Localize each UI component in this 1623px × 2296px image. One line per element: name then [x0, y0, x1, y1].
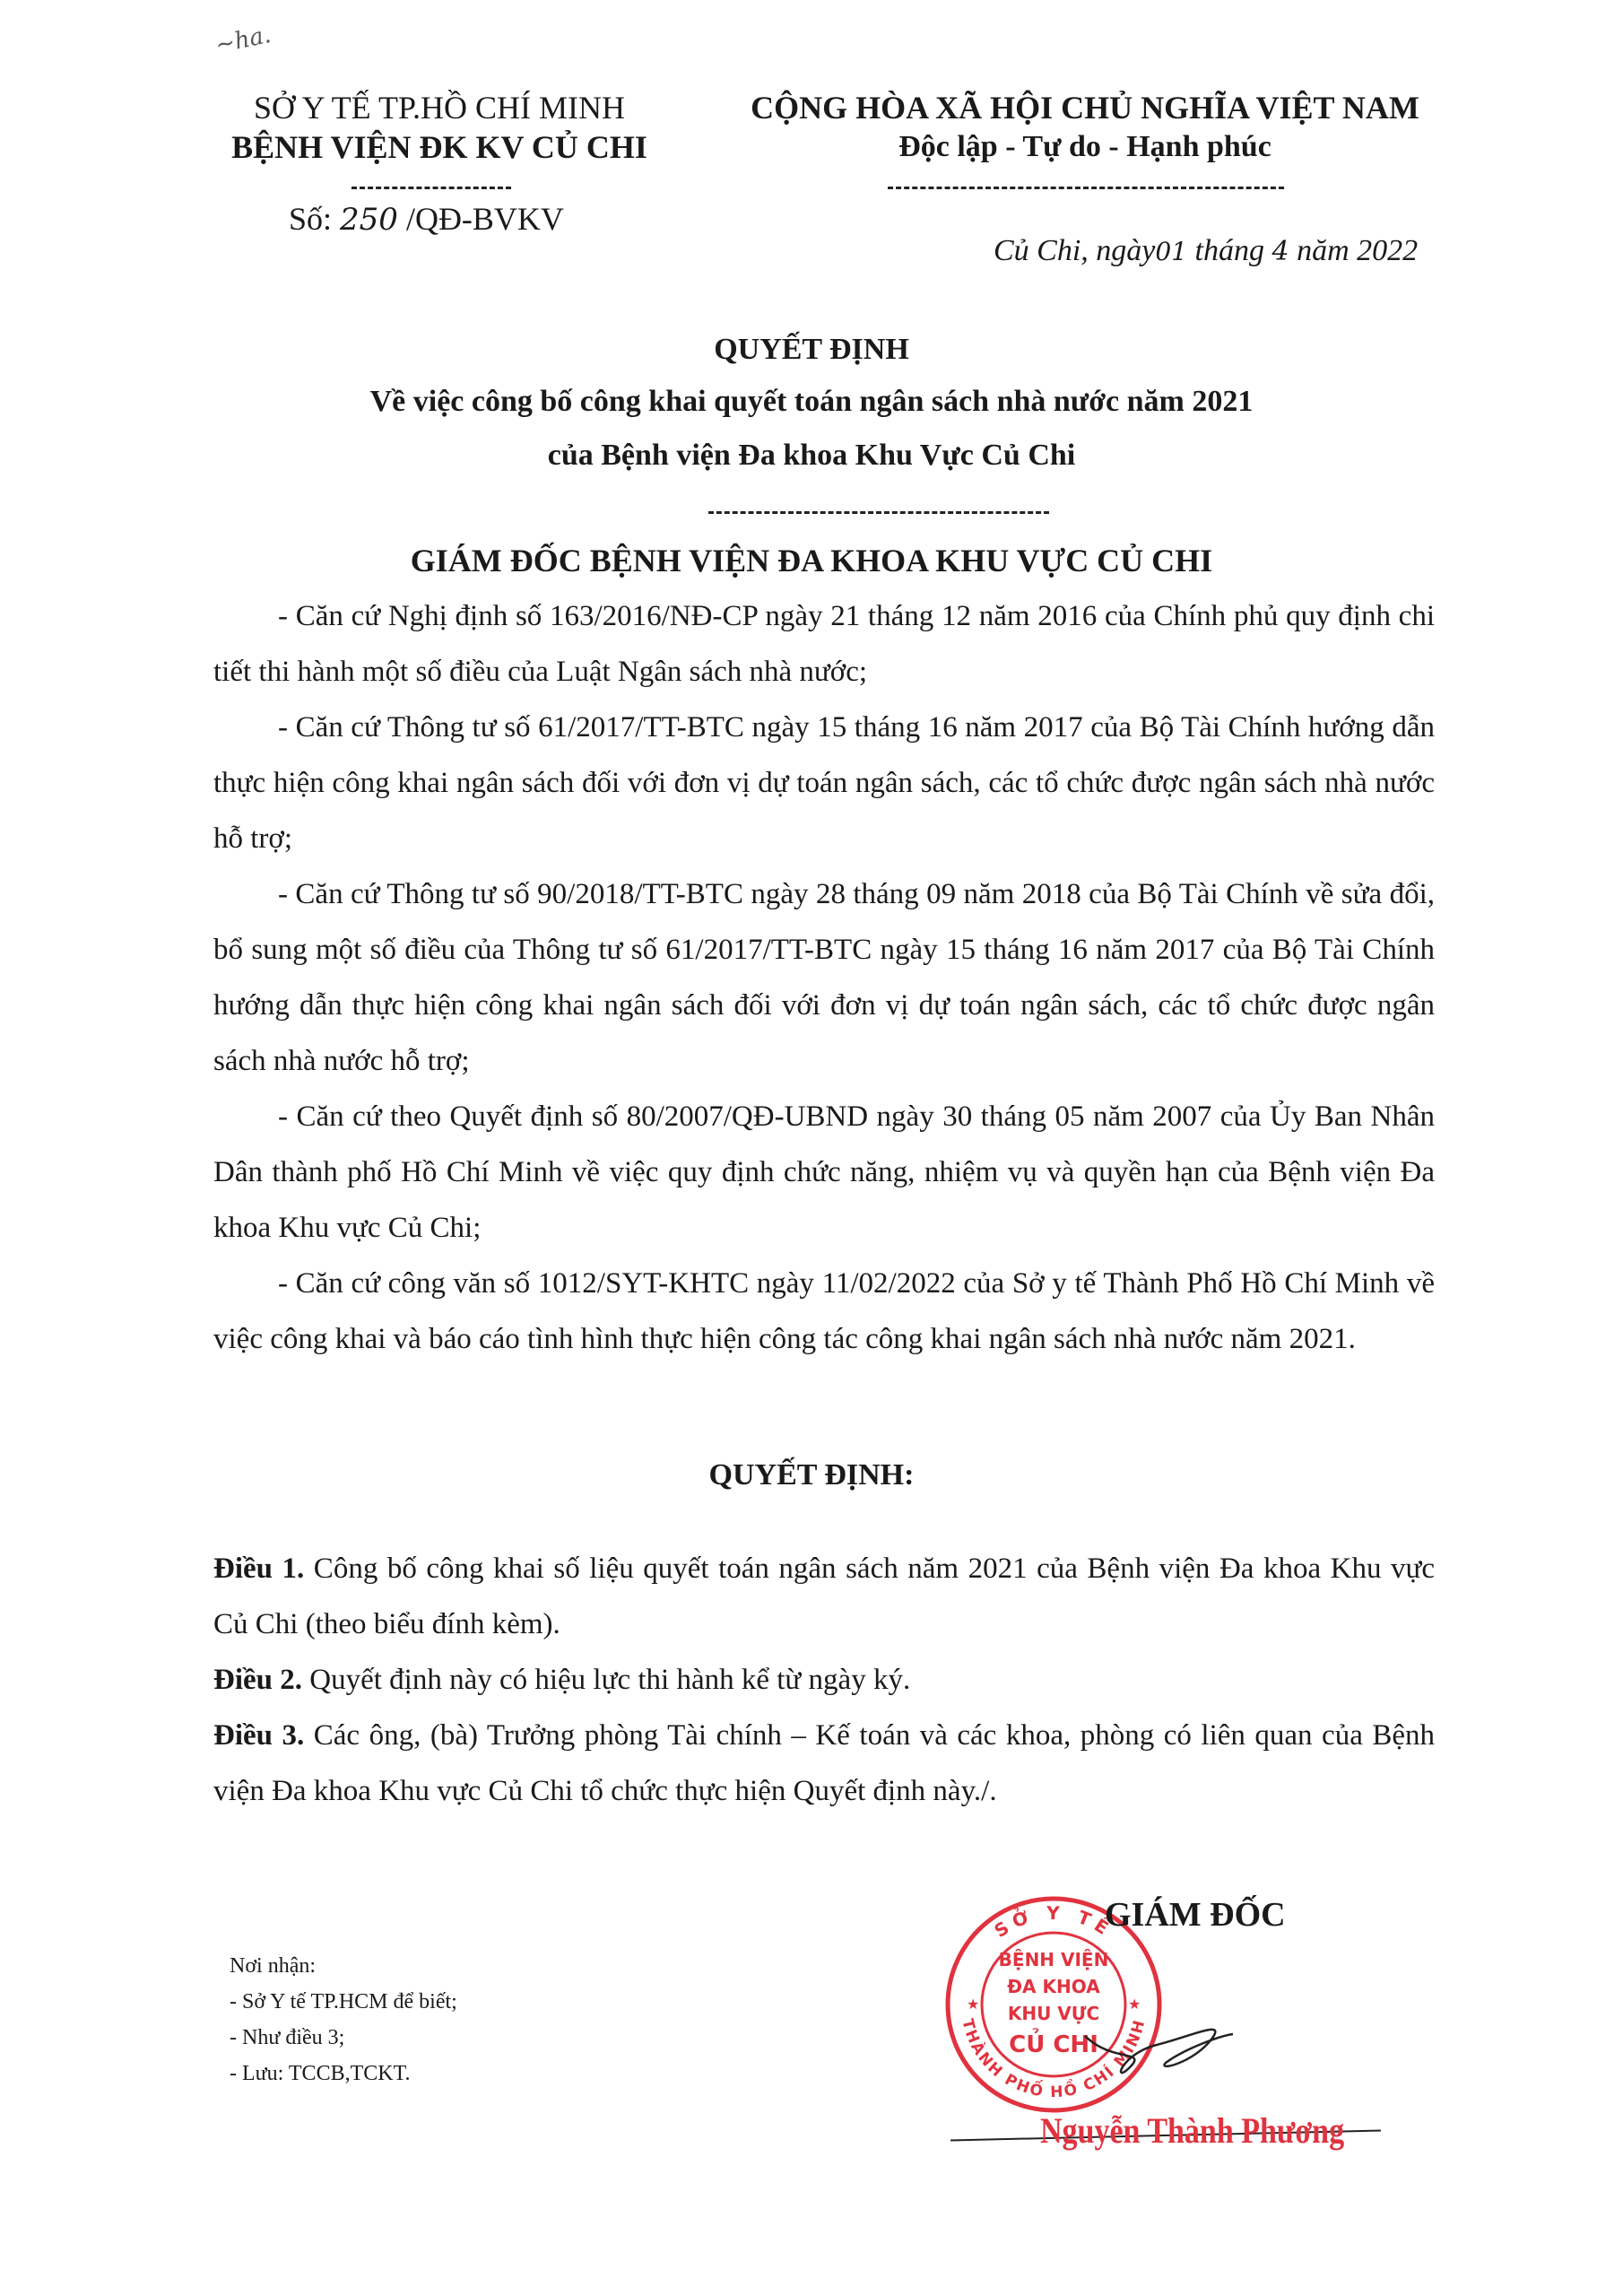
national-motto: Độc lập - Tự do - Hạnh phúc: [735, 127, 1435, 167]
legal-basis-item: - Căn cứ Nghị định số 163/2016/NĐ-CP ngà…: [213, 588, 1435, 700]
document-type-title: QUYẾT ĐỊNH: [0, 330, 1623, 370]
doc-number-prefix: Số:: [289, 201, 332, 237]
issue-date: Củ Chi, ngày01 tháng 4 năm 2022: [994, 231, 1418, 272]
authority-heading: GIÁM ĐỐC BỆNH VIỆN ĐA KHOA KHU VỰC CỦ CH…: [0, 538, 1623, 583]
article-label: Điều 2.: [213, 1664, 302, 1696]
legal-bases: - Căn cứ Nghị định số 163/2016/NĐ-CP ngà…: [213, 588, 1435, 1367]
article-text: Công bố công khai số liệu quyết toán ngâ…: [213, 1552, 1435, 1640]
recipient-item: - Như điều 3;: [230, 2020, 457, 2056]
recipients-title: Nơi nhận:: [230, 1948, 457, 1984]
date-month-label: tháng: [1195, 234, 1264, 267]
article-2: Điều 2. Quyết định này có hiệu lực thi h…: [213, 1652, 1435, 1708]
subject-line-1: Về việc công bố công khai quyết toán ngâ…: [0, 375, 1623, 429]
article-text: Quyết định này có hiệu lực thi hành kể t…: [302, 1664, 910, 1696]
signature-title: GIÁM ĐỐC: [1105, 1892, 1286, 1937]
hospital-name: BỆNH VIỆN ĐK KV CỦ CHI: [206, 127, 673, 167]
handwritten-signature-icon: [1076, 2000, 1246, 2099]
article-label: Điều 3.: [213, 1719, 304, 1752]
legal-basis-item: - Căn cứ công văn số 1012/SYT-KHTC ngày …: [213, 1256, 1435, 1367]
legal-basis-item: - Căn cứ theo Quyết định số 80/2007/QĐ-U…: [213, 1089, 1435, 1256]
parent-agency: SỞ Y TẾ TP.HỒ CHÍ MINH: [206, 88, 673, 127]
margin-scribble: ~ha.: [213, 22, 273, 59]
svg-text:ĐA KHOA: ĐA KHOA: [1007, 1976, 1100, 1997]
document-number: Số: 250 /QĐ-BVKV: [289, 199, 665, 239]
doc-number-suffix: /QĐ-BVKV: [406, 201, 564, 237]
svg-text:★: ★: [967, 1997, 979, 2013]
article-1: Điều 1. Công bố công khai số liệu quyết …: [213, 1541, 1435, 1652]
articles: Điều 1. Công bố công khai số liệu quyết …: [213, 1541, 1435, 1819]
date-day: 01: [1155, 237, 1187, 266]
legal-basis-item: - Căn cứ Thông tư số 90/2018/TT-BTC ngày…: [213, 866, 1435, 1089]
issuing-agency-block: SỞ Y TẾ TP.HỒ CHÍ MINH BỆNH VIỆN ĐK KV C…: [206, 88, 673, 167]
subject-line-2: của Bệnh viện Đa khoa Khu Vực Củ Chi: [0, 429, 1623, 483]
header-right-divider: [888, 187, 1284, 189]
national-title: CỘNG HÒA XÃ HỘI CHỦ NGHĨA VIỆT NAM: [735, 88, 1435, 127]
signer-name: Nguyễn Thành Phương: [1040, 2109, 1344, 2152]
date-place: Củ Chi, ngày: [994, 234, 1155, 267]
header-left-divider: [352, 187, 511, 189]
date-month: 4: [1272, 236, 1289, 267]
article-label: Điều 1.: [213, 1552, 304, 1585]
article-3: Điều 3. Các ông, (bà) Trưởng phòng Tài c…: [213, 1708, 1435, 1819]
document-subject: Về việc công bố công khai quyết toán ngâ…: [0, 375, 1623, 483]
recipients-block: Nơi nhận: - Sở Y tế TP.HCM để biết; - Nh…: [230, 1948, 457, 2092]
date-year: năm 2022: [1297, 234, 1418, 267]
recipient-item: - Sở Y tế TP.HCM để biết;: [230, 1984, 457, 2020]
legal-basis-item: - Căn cứ Thông tư số 61/2017/TT-BTC ngày…: [213, 700, 1435, 866]
decision-heading: QUYẾT ĐỊNH:: [0, 1453, 1623, 1498]
national-motto-block: CỘNG HÒA XÃ HỘI CHỦ NGHĨA VIỆT NAM Độc l…: [735, 88, 1435, 167]
article-text: Các ông, (bà) Trưởng phòng Tài chính – K…: [213, 1719, 1435, 1807]
doc-number-handwritten: 250: [340, 202, 398, 238]
title-divider: [708, 511, 1049, 514]
svg-text:BỆNH VIỆN: BỆNH VIỆN: [999, 1949, 1109, 1970]
recipient-item: - Lưu: TCCB,TCKT.: [230, 2056, 457, 2092]
